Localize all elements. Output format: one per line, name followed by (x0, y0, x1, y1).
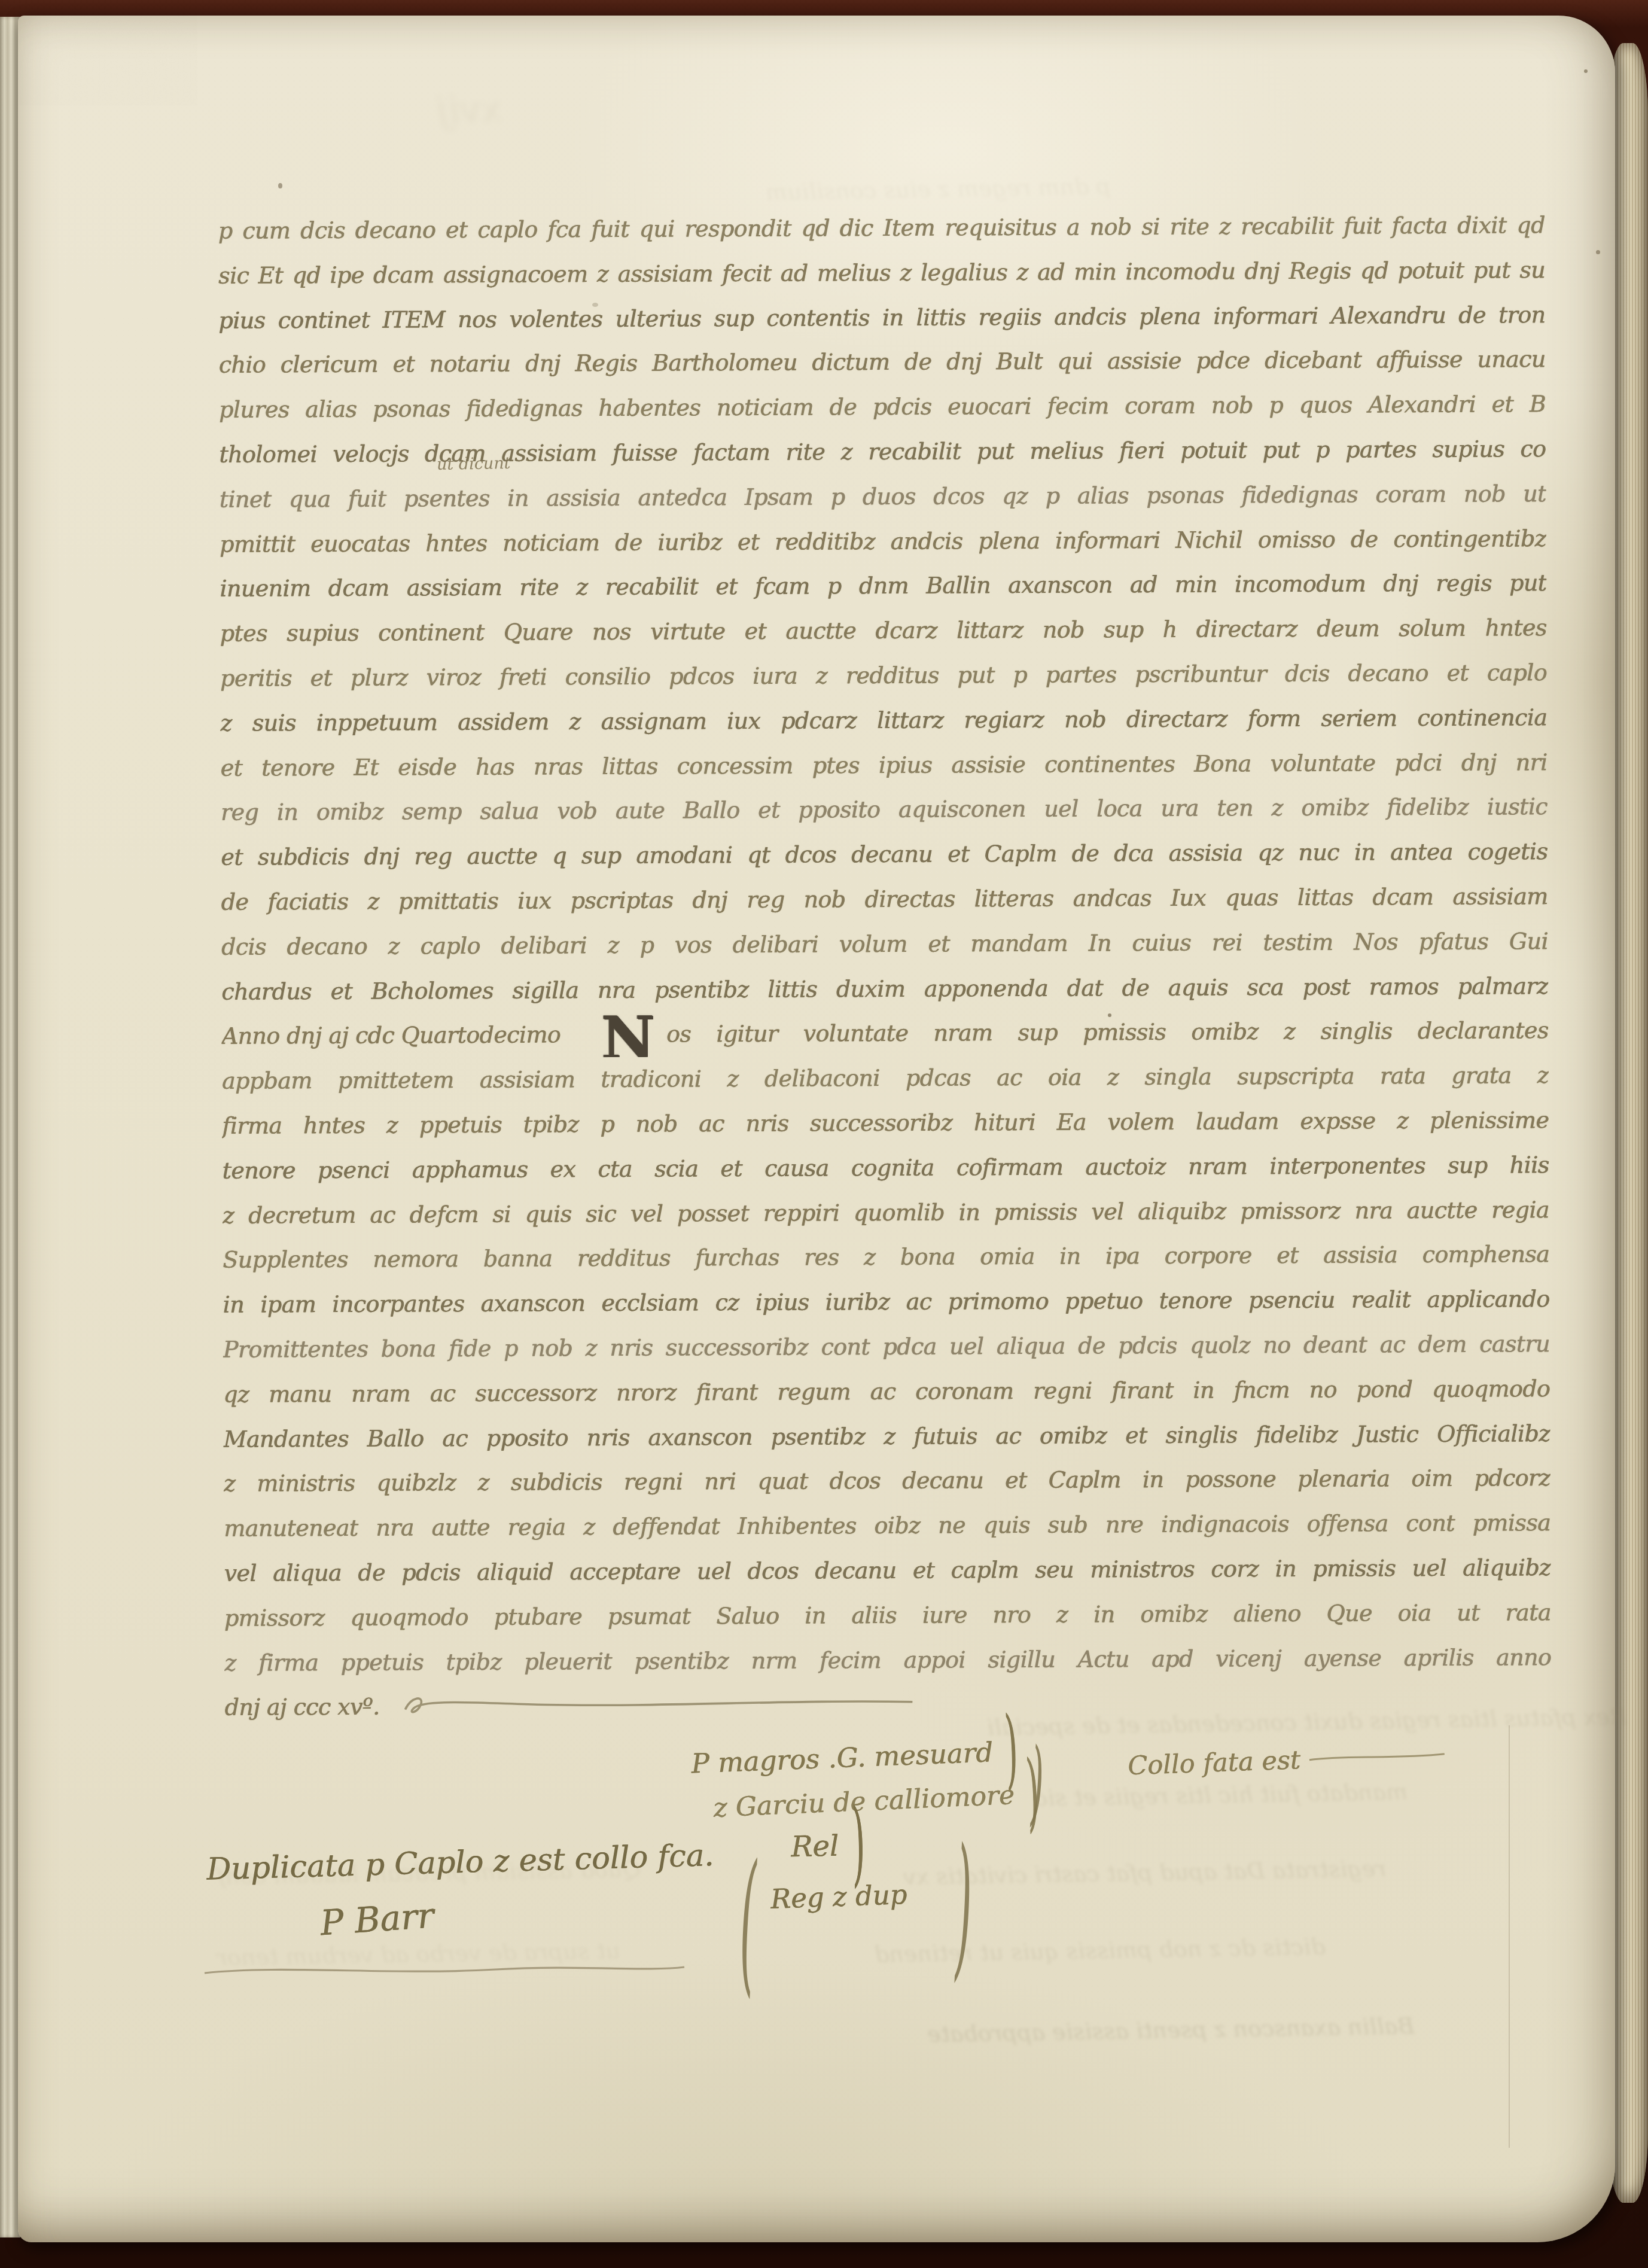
underline-flourish (202, 1961, 687, 1979)
ruling-line (1509, 1725, 1510, 2148)
collation-note-text: Collo fata est (1127, 1745, 1300, 1781)
manuscript-line: et subdicis dnj reg auctte q sup amodani… (221, 829, 1548, 879)
show-through-text: p dnm regem z eius consilium (766, 173, 1111, 205)
manuscript-line: z decretum ac defcm si quis sic vel poss… (223, 1188, 1549, 1238)
manuscript-line: pmissorz quoqmodo ptubare psumat Saluo i… (224, 1590, 1551, 1640)
manuscript-line: pius continet ITEM nos volentes ulterius… (218, 293, 1545, 343)
notary-subscription-garcius: z Garciu de calliomore ) (712, 1773, 1043, 1823)
manuscript-line: z suis inppetuum assidem z assignam iux … (220, 695, 1547, 745)
manuscript-line: Promittentes bona fide p nob z nris succ… (223, 1322, 1550, 1372)
manuscript-line: appbam pmittetem assisiam tradiconi z de… (222, 1053, 1549, 1103)
manuscript-line: z firma ppetuis tpibz pleuerit psentibz … (224, 1635, 1551, 1685)
registration-note: Reg z dup (770, 1879, 907, 1915)
manuscript-line: firma hntes z ppetuis tpibz p nob ac nri… (222, 1098, 1549, 1148)
manuscript-line: tinet qua fuit psentes in assisia antedc… (219, 471, 1546, 522)
paraph-stroke-upper: ) (1031, 1728, 1044, 1835)
ink-speck (1584, 69, 1588, 73)
manuscript-line: manuteneat nra autte regia z deffendat I… (224, 1500, 1550, 1551)
paraph-stroke-right: ) (955, 1815, 972, 1996)
barr-signature: P Barr (319, 1895, 435, 1943)
text-block: p cum dcis decano et caplo fca fuit qui … (218, 203, 1551, 1730)
show-through-text: mandato fuit hic ltis regiis et sic (1035, 1779, 1408, 1812)
notary-subscription-magistri: P magros .G. mesuard ) (690, 1731, 1022, 1779)
show-through-text: dictis dc z nob pmissis quis ut retinend (875, 1933, 1326, 1967)
ink-speck (1596, 250, 1600, 254)
ink-speck (278, 183, 282, 188)
stacked-pages-left-edge (0, 17, 20, 2237)
final-dating-text: dnj aj ccc xvº. (224, 1694, 379, 1721)
manuscript-line: peritis et plurz viroz freti consilio pd… (220, 650, 1547, 701)
manuscript-line: chio clericum et notariu dnj Regis Barth… (218, 337, 1545, 388)
show-through-text: Ballin axanscon z psenti assisie approba… (927, 2013, 1415, 2047)
show-through-text: xvij (436, 87, 502, 132)
manuscript-line: in ipam incorpantes axanscon ecclsiam cz… (223, 1277, 1549, 1327)
manuscript-line: pmittit euocatas hntes noticiam de iurib… (220, 516, 1546, 567)
manuscript-line: p cum dcis decano et caplo fca fuit qui … (218, 203, 1545, 253)
manuscript-line: inuenim dcam assisiam rite z recabilit e… (220, 561, 1546, 611)
initial-line-continuation: os igitur voluntate nram sup pmissis omi… (666, 1009, 1549, 1057)
bracket-stroke: ) (1004, 1728, 1018, 1772)
illuminated-initial-N: N (601, 1019, 654, 1058)
manuscript-line: tholomei velocjs dcam assisiam fuisse fa… (219, 427, 1546, 477)
manuscript-line: dcis decano z caplo delibari z p vos del… (221, 919, 1548, 969)
manuscript-line: Mandantes Ballo ac pposito nris axanscon… (223, 1411, 1550, 1462)
parchment-page: Rex pfatus ltias regias duxit concedenda… (18, 16, 1615, 2242)
dating-clause: Anno dnj aj cdc Quartodecimo (221, 1012, 599, 1059)
manuscript-line: ptes supius continent Quare nos virtute … (220, 605, 1546, 656)
bracket-stroke: ) (851, 1819, 865, 1866)
manuscript-line: reg in omibz semp salua vob aute Ballo e… (221, 785, 1548, 835)
manuscript-line: et tenore Et eisde has nras littas conce… (220, 740, 1547, 790)
manuscript-line: chardus et Bcholomes sigilla nra psentib… (221, 964, 1548, 1014)
manuscript-line: qz manu nram ac successorz nrorz firant … (223, 1366, 1550, 1417)
collation-tail-stroke (1308, 1749, 1446, 1765)
manuscript-line: sic Et qd ipe dcam assignacoem z assisia… (218, 248, 1545, 298)
paraph-stroke-left: ( (740, 1831, 757, 2012)
manuscript-line: Supplentes nemora banna redditus furchas… (223, 1232, 1549, 1282)
dating-and-initial-line: Anno dnj aj cdc Quartodecimo N os igitur… (221, 1009, 1548, 1059)
manuscript-line: z ministris quibzlz z subdicis regni nri… (224, 1456, 1550, 1506)
manuscript-line: tenore psenci apphamus ex cta scia et ca… (222, 1143, 1549, 1193)
magistri-line1-text: P magros .G. mesuard (690, 1736, 993, 1779)
photographed-book-spread: Rex pfatus ltias regias duxit concedenda… (0, 0, 1648, 2268)
line-filler-flourish (402, 1692, 916, 1718)
manuscript-line: plures alias psonas fidedignas habentes … (219, 382, 1546, 432)
parchment-texture (18, 16, 197, 105)
rel-note-text: Rel (791, 1829, 839, 1864)
show-through-text: registrata Dat apud pfat castri civitati… (903, 1855, 1387, 1890)
final-dating-line: dnj aj ccc xvº. (224, 1679, 1551, 1730)
rel-note: Rel ) (790, 1823, 869, 1864)
manuscript-line: de faciatis z pmittatis iux pscriptas dn… (221, 874, 1548, 924)
manuscript-line: vel aliqua de pdcis aliquid acceptare ue… (224, 1545, 1550, 1596)
collation-note: Collo fata est (1127, 1740, 1446, 1782)
